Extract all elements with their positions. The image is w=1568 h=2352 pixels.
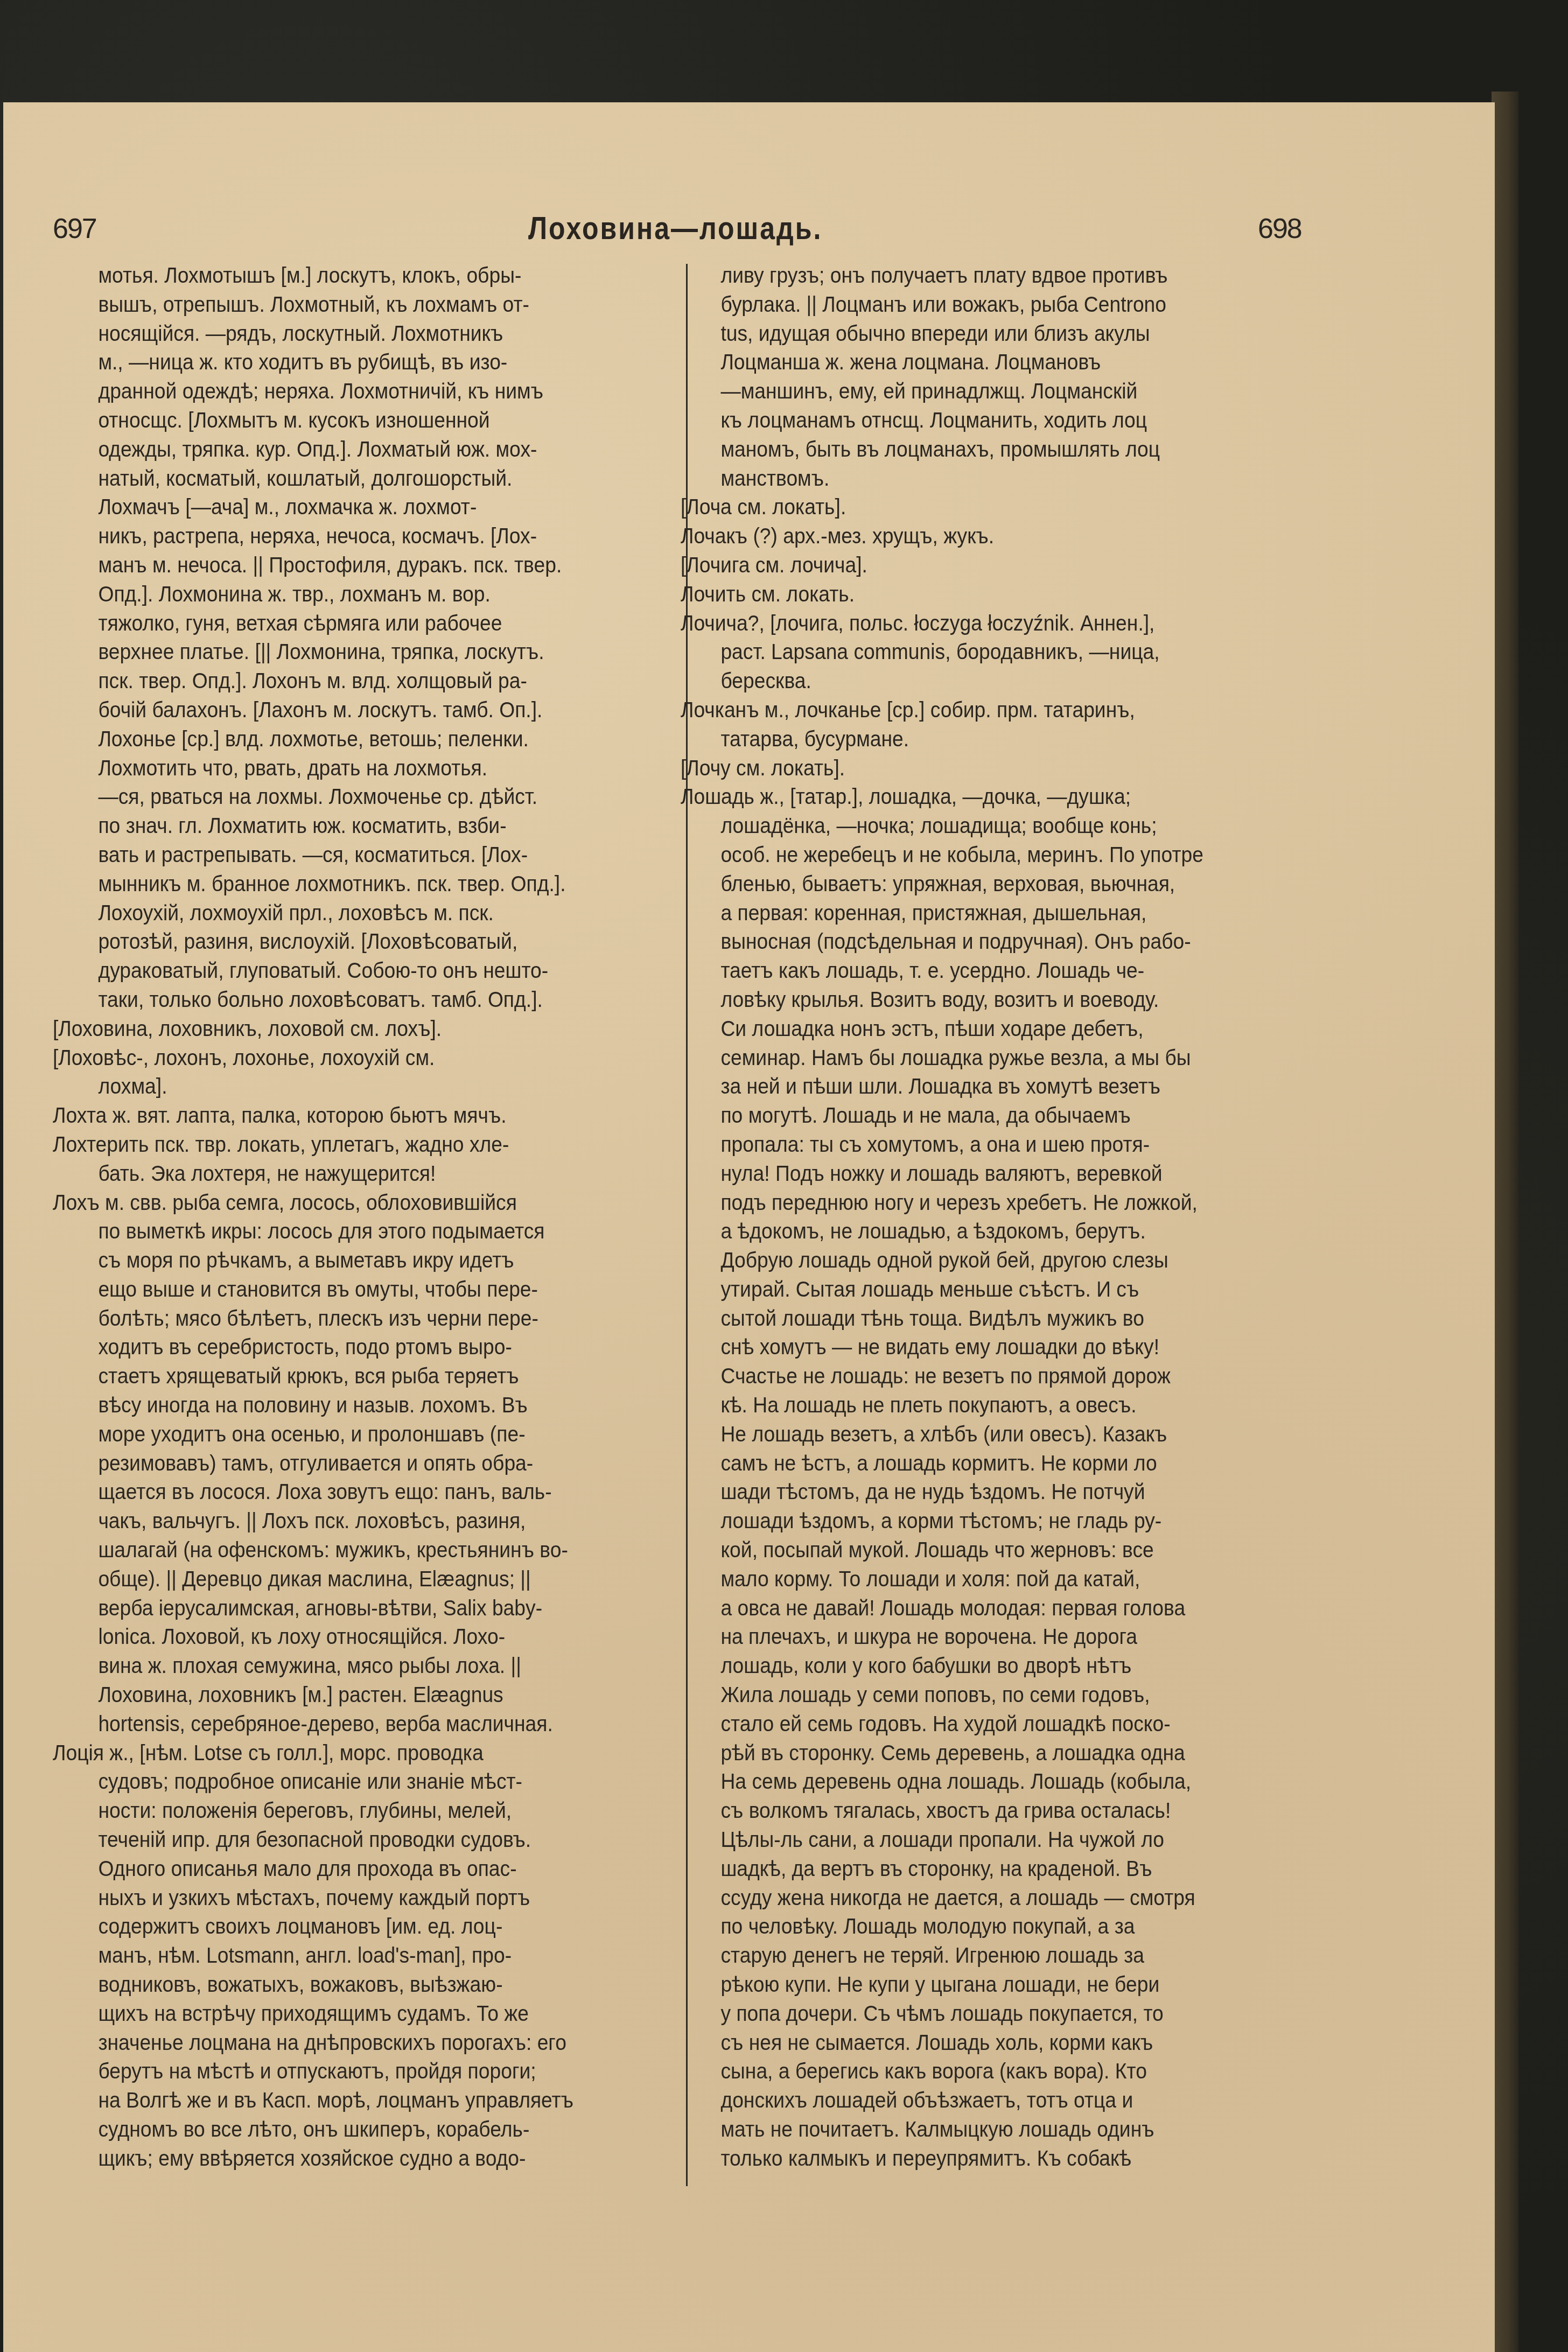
text-line: снѣ хомутъ — не видать ему лошадки до вѣ… — [686, 1333, 1256, 1362]
text-line: ливу грузъ; онъ получаетъ плату вдвое пр… — [686, 261, 1256, 290]
text-line: лошадь, коли у кого бабушки во дворѣ нѣт… — [686, 1651, 1256, 1681]
text-line: лохма]. — [64, 1072, 633, 1101]
text-line: чакъ, вальчугъ. || Лохъ пск. лоховѣсъ, р… — [64, 1507, 633, 1536]
text-line: [Лочу см. локать]. — [681, 754, 1255, 783]
text-line: hortensis, серебряное-дерево, верба масл… — [64, 1710, 633, 1739]
text-line: пропала: ты съ хомутомъ, а она и шею про… — [686, 1130, 1256, 1159]
text-line: подъ переднюю ногу и черезъ хребетъ. Не … — [686, 1188, 1256, 1217]
text-line: натый, косматый, кошлатый, долгошорстый. — [64, 464, 633, 493]
text-line: На семь деревень одна лошадь. Лошадь (ко… — [686, 1767, 1256, 1796]
text-line: рѣй въ сторонку. Семь деревень, а лошадк… — [686, 1739, 1256, 1768]
text-line: Цѣлы-ль сани, а лошади пропали. На чужой… — [686, 1825, 1256, 1854]
text-line: стаетъ хрящеватый крюкъ, вся рыба теряет… — [64, 1362, 633, 1391]
text-line: по знач. гл. Лохматить юж. косматить, вз… — [64, 811, 633, 841]
text-line: берутъ на мѣстѣ и отпускаютъ, пройдя пор… — [64, 2057, 633, 2086]
text-line: бленью, бываетъ: упряжная, верховая, вью… — [686, 870, 1256, 899]
text-line: Лошадь ж., [татар.], лошадка, —дочка, —д… — [681, 782, 1255, 811]
text-line: мало корму. То лошади и холя: пой да кат… — [686, 1565, 1256, 1594]
text-line: Лохмотить что, рвать, драть на лохмотья. — [64, 754, 633, 783]
text-line: Лочить см. локать. — [681, 580, 1255, 609]
text-line: у попа дочери. Съ чѣмъ лошадь покупается… — [686, 1999, 1256, 2028]
text-line: за ней и пѣши шли. Лошадка въ хомутѣ вез… — [686, 1072, 1256, 1101]
page-number-left: 697 — [53, 213, 96, 245]
text-line: дранной одеждѣ; неряха. Лохмотничій, къ … — [64, 377, 633, 406]
text-line: ности: положенія береговъ, глубины, меле… — [64, 1796, 633, 1825]
text-line: шади тѣстомъ, да не нудь ѣздомъ. Не потч… — [686, 1478, 1256, 1507]
text-line: на плечахъ, и шкура не ворочена. Не доро… — [686, 1622, 1256, 1651]
page-title: Лоховина—лошадь. — [528, 209, 822, 247]
text-line: относщс. [Лохмытъ м. кусокъ изношенной — [64, 406, 633, 435]
text-line: бересква. — [686, 667, 1256, 696]
text-line: болѣть; мясо бѣлѣетъ, плескъ изъ черни п… — [64, 1304, 633, 1333]
text-line: [Лочига см. лочича]. — [681, 551, 1255, 580]
text-line: [Лоча см. локать]. — [681, 493, 1255, 522]
text-line: съ волкомъ тягалась, хвостъ да грива ост… — [686, 1796, 1256, 1825]
text-line: по могутѣ. Лошадь и не мала, да обычаемъ — [686, 1101, 1256, 1130]
text-line: съ нея не сымается. Лошадь холь, корми к… — [686, 2028, 1256, 2057]
text-line: кой, посыпай мукой. Лошадь что жерновъ: … — [686, 1536, 1256, 1565]
text-line: Лохъ м. свв. рыба семга, лосось, облохов… — [53, 1188, 632, 1217]
text-line: м., —ница ж. кто ходитъ въ рубищѣ, въ из… — [64, 348, 633, 377]
text-line: донскихъ лошадей объѣзжаетъ, тотъ отца и — [686, 2086, 1256, 2115]
text-line: вѣсу иногда на половину и назыв. лохомъ.… — [64, 1391, 633, 1420]
text-line: щихъ на встрѣчу приходящимъ судамъ. То ж… — [64, 1999, 633, 2028]
text-line: Одного описанья мало для прохода въ опас… — [64, 1854, 633, 1884]
text-line: Лохтерить пск. твр. локать, уплетагъ, жа… — [53, 1130, 632, 1159]
text-line: бочій балахонъ. [Лахонъ м. лоскутъ. тамб… — [64, 696, 633, 725]
text-line: [Лоховина, лоховникъ, лоховой см. лохъ]. — [53, 1014, 632, 1044]
text-line: Добрую лошадь одной рукой бей, другою сл… — [686, 1246, 1256, 1275]
text-line: значенье лоцмана на днѣпровскихъ порогах… — [64, 2028, 633, 2057]
text-line: верхнее платье. [|| Лохмонина, тряпка, л… — [64, 638, 633, 667]
text-line: тяжолко, гуня, ветхая сѣрмяга или рабоче… — [64, 609, 633, 638]
text-line: Лочакъ (?) арх.-мез. хрущъ, жукъ. — [681, 522, 1255, 551]
text-line: по выметкѣ икры: лосось для этого подыма… — [64, 1217, 633, 1246]
text-line: Лоцманша ж. жена лоцмана. Лоцмановъ — [686, 348, 1256, 377]
text-line: Лохта ж. вят. лапта, палка, которою бьют… — [53, 1101, 632, 1130]
text-line: никъ, растрепа, неряха, нечоса, космачъ.… — [64, 522, 633, 551]
text-line: Опд.]. Лохмонина ж. твр., лохманъ м. вор… — [64, 580, 633, 609]
text-line: Си лошадка нонъ эстъ, пѣши ходаре дебетъ… — [686, 1014, 1256, 1044]
text-line: сына, а берегись какъ ворога (какъ вора)… — [686, 2057, 1256, 2086]
text-line: Лохоухій, лохмоухій прл., лоховѣсъ м. пс… — [64, 899, 633, 928]
text-line: таетъ какъ лошадь, т. е. усердно. Лошадь… — [686, 956, 1256, 985]
text-line: пск. твер. Опд.]. Лохонъ м. влд. холщовы… — [64, 667, 633, 696]
text-line: щается въ лосося. Лоха зовутъ ещо: панъ,… — [64, 1478, 633, 1507]
text-line: носящійся. —рядъ, лоскутный. Лохмотникъ — [64, 319, 633, 348]
text-line: стало ей семь годовъ. На худой лошадкѣ п… — [686, 1710, 1256, 1739]
text-line: лошади ѣздомъ, а корми тѣстомъ; не гладь… — [686, 1507, 1256, 1536]
text-line: Лочканъ м., лочканье [ср.] собир. прм. т… — [681, 696, 1255, 725]
page-number-right: 698 — [1258, 213, 1301, 245]
text-line: одежды, тряпка. кур. Опд.]. Лохматый юж.… — [64, 435, 633, 464]
text-line: семинар. Намъ бы лошадка ружье везла, а … — [686, 1044, 1256, 1073]
text-line: выносная (подсѣдельная и подручная). Онъ… — [686, 927, 1256, 956]
text-line: ротозѣй, разиня, вислоухій. [Лоховѣсоват… — [64, 927, 633, 956]
text-line: щикъ; ему ввѣряется хозяйское судно а во… — [64, 2144, 633, 2173]
text-line: сытой лошади тѣнь тоща. Видѣлъ мужикъ во — [686, 1304, 1256, 1333]
text-line: шалагай (на офенскомъ: мужикъ, крестьяни… — [64, 1536, 633, 1565]
text-line: раст. Lapsana communis, бородавникъ, —ни… — [686, 638, 1256, 667]
text-line: маномъ, быть въ лоцманахъ, промышлять ло… — [686, 435, 1256, 464]
text-line: —маншинъ, ему, ей принадлжщ. Лоцманскій — [686, 377, 1256, 406]
text-line: водниковъ, вожатыхъ, вожаковъ, выѣзжаю- — [64, 1970, 633, 1999]
text-line: бать. Эка лохтеря, не нажущерится! — [64, 1159, 633, 1188]
text-line: самъ не ѣстъ, а лошадь кормитъ. Не корми… — [686, 1449, 1256, 1478]
text-line: lonica. Лоховой, къ лоху относящійся. Ло… — [64, 1622, 633, 1651]
book-spine-edge — [1492, 92, 1518, 2352]
text-line: теченій ипр. для безопасной проводки суд… — [64, 1825, 633, 1854]
text-line: верба іерусалимская, агновы-вѣтви, Salix… — [64, 1594, 633, 1623]
text-line: а первая: коренная, пристяжная, дышельна… — [686, 899, 1256, 928]
text-line: мать не почитаетъ. Калмыцкую лошадь один… — [686, 2115, 1256, 2144]
text-line: Не лошадь везетъ, а хлѣбъ (или овесъ). К… — [686, 1420, 1256, 1449]
text-line: на Волгѣ же и въ Касп. морѣ, лоцманъ упр… — [64, 2086, 633, 2115]
text-line: а овса не давай! Лошадь молодая: первая … — [686, 1594, 1256, 1623]
text-line: манъ м. нечоса. || Простофиля, дуракъ. п… — [64, 551, 633, 580]
text-line: лошадёнка, —ночка; лошадища; вообще конь… — [686, 811, 1256, 841]
text-line: манъ, нѣм. Lotsmann, англ. load's-man], … — [64, 1941, 633, 1970]
text-line: рѣкою купи. Не купи у цыгана лошади, не … — [686, 1970, 1256, 1999]
text-line: только калмыкъ и переупрямитъ. Къ собакѣ — [686, 2144, 1256, 2173]
text-line: Лочича?, [лочига, польс. łoczyga łoczyźn… — [681, 609, 1255, 638]
text-line: обще). || Деревцо дикая маслина, Elæagnu… — [64, 1565, 633, 1594]
text-line: кѣ. На лошадь не плеть покупаютъ, а овес… — [686, 1391, 1256, 1420]
text-line: съ моря по рѣчкамъ, а выметавъ икру идет… — [64, 1246, 633, 1275]
text-line: нула! Подъ ножку и лошадь валяютъ, верев… — [686, 1159, 1256, 1188]
text-line: таки, только больно лоховѣсоватъ. тамб. … — [64, 985, 633, 1014]
text-line: особ. не жеребецъ и не кобыла, меринъ. П… — [686, 841, 1256, 870]
running-header: 697 Лоховина—лошадь. 698 — [3, 213, 1495, 256]
text-line: вать и растрепывать. —ся, косматиться. [… — [64, 841, 633, 870]
text-line: Лоховина, лоховникъ [м.] растен. Elæagnu… — [64, 1681, 633, 1710]
text-line: Лохмачъ [—ача] м., лохмачка ж. лохмот- — [64, 493, 633, 522]
text-line: старую денегъ не теряй. Игренюю лошадь з… — [686, 1941, 1256, 1970]
text-line: а ѣдокомъ, не лошадью, а ѣздокомъ, берут… — [686, 1217, 1256, 1246]
text-line: вина ж. плохая семужина, мясо рыбы лоха.… — [64, 1651, 633, 1681]
text-line: ходитъ въ серебристость, подо ртомъ выро… — [64, 1333, 633, 1362]
text-line: ловѣку крылья. Возитъ воду, возитъ и вое… — [686, 985, 1256, 1014]
text-line: бурлака. || Лоцманъ или вожакъ, рыба Cen… — [686, 290, 1256, 319]
text-line: море уходитъ она осенью, и пролоншавъ (п… — [64, 1420, 633, 1449]
text-line: вышъ, отрепышъ. Лохмотный, къ лохмамъ от… — [64, 290, 633, 319]
left-column: мотья. Лохмотышъ [м.] лоскутъ, клокъ, об… — [64, 261, 683, 2173]
text-line: Счастье не лошадь: не везетъ по прямой д… — [686, 1362, 1256, 1391]
text-line: судномъ во все лѣто, онъ шкиперъ, корабе… — [64, 2115, 633, 2144]
text-line: мотья. Лохмотышъ [м.] лоскутъ, клокъ, об… — [64, 261, 633, 290]
text-line: къ лоцманамъ отнсщ. Лоцманить, ходить ло… — [686, 406, 1256, 435]
text-line: судовъ; подробное описаніе или знаніе мѣ… — [64, 1767, 633, 1796]
right-column: ливу грузъ; онъ получаетъ плату вдвое пр… — [686, 261, 1305, 2173]
text-line: шадкѣ, да вертъ въ сторонку, на краденой… — [686, 1854, 1256, 1884]
text-line: tus, идущая обычно впереди или близъ аку… — [686, 319, 1256, 348]
text-line: дураковатый, глуповатый. Собою-то онъ не… — [64, 956, 633, 985]
text-line: Жила лошадь у семи поповъ, по семи годов… — [686, 1681, 1256, 1710]
text-line: резимовавъ) тамъ, отгуливается и опять о… — [64, 1449, 633, 1478]
text-line: Лохонье [ср.] влд. лохмотье, ветошь; пел… — [64, 725, 633, 754]
text-line: по человѣку. Лошадь молодую покупай, а з… — [686, 1912, 1256, 1941]
text-line: содержитъ своихъ лоцмановъ [им. ед. лоц- — [64, 1912, 633, 1941]
text-line: Лоція ж., [нѣм. Lotse съ голл.], морс. п… — [53, 1739, 632, 1768]
text-line: мынникъ м. бранное лохмотникъ. пск. твер… — [64, 870, 633, 899]
text-line: ссуду жена никогда не дается, а лошадь —… — [686, 1884, 1256, 1913]
text-line: утирай. Сытая лошадь меньше съѣстъ. И съ — [686, 1275, 1256, 1304]
text-line: —ся, рваться на лохмы. Лохмоченье ср. дѣ… — [64, 782, 633, 811]
text-line: манствомъ. — [686, 464, 1256, 493]
text-line: ещо выше и становится въ омуты, чтобы пе… — [64, 1275, 633, 1304]
text-line: ныхъ и узкихъ мѣстахъ, почему каждый пор… — [64, 1884, 633, 1913]
text-line: татарва, бусурмане. — [686, 725, 1256, 754]
text-line: [Лоховѣс-, лохонъ, лохонье, лохоухій см. — [53, 1044, 632, 1073]
dictionary-page: 697 Лоховина—лошадь. 698 мотья. Лохмотыш… — [3, 102, 1495, 2352]
